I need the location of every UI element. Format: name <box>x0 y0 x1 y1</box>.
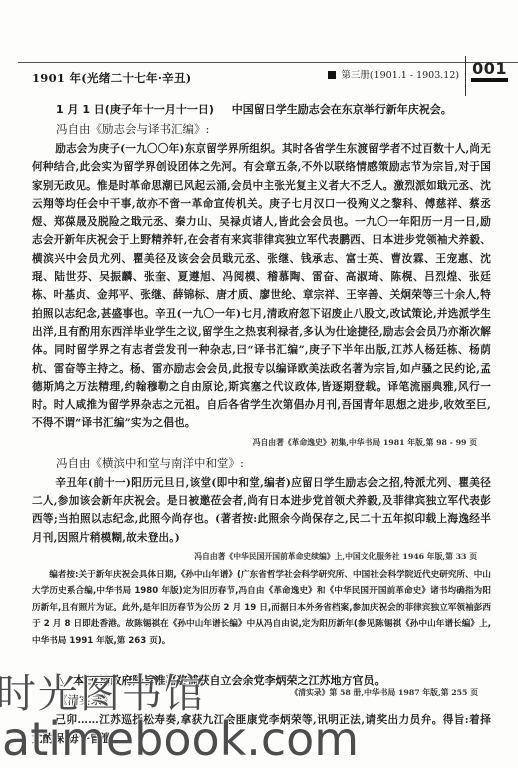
entry-headline: 本日,清政府降旨准嘉奖捕获自立会余党李炳荣之江苏地方官员。 <box>73 674 385 687</box>
spacer <box>32 649 491 671</box>
entry-title: 1 月 1 日(庚子年十一月十一日) 中国留日学生励志会在东京举行新年庆祝会。 <box>56 100 491 119</box>
entry-date: 1 月 1 日(庚子年十一月十一日) <box>56 103 214 116</box>
source-citation: 冯自由著《革命逸史》初集,中华书局 1981 年版,第 98 - 99 页 <box>32 433 491 453</box>
source-quote: 励志会为庚子(一九〇〇年)东京留学界所组织。其时各省学生东渡留学者不过百数十人,… <box>32 140 491 433</box>
source-citation: 《清实录》第 58 册,中华书局 1987 年版,第 255 页 <box>291 687 479 698</box>
source-label: 冯自由《横滨中和堂与南洋中和堂》: <box>56 453 491 474</box>
page-header: 第三册(1901.1 - 1903.12) 001 <box>18 40 518 63</box>
square-bullet-icon <box>328 71 336 79</box>
volume-label: 第三册(1901.1 - 1903.12) <box>341 67 459 81</box>
header-divider <box>465 56 466 96</box>
source-label: 冯自由《励志会与译书汇编》: <box>56 119 491 140</box>
source-quote: 辛丑年(前十一)阳历元旦日,该堂(即中和堂,编者)应留日学生励志会之招,特派尤列… <box>32 474 491 547</box>
source-citation: 冯自由著《中华民国开国前革命史续编》上,中国文化服务社 1946 年版,第 33… <box>32 547 491 567</box>
page-number: 001 <box>471 60 508 82</box>
entry-headline: 中国留日学生励志会在东京举行新年庆祝会。 <box>232 103 452 116</box>
source-quote: 己卯……江苏巡抚松寿奏,拿获九江会匪康党李炳荣等,讯明正法,请奖出力员弁。得旨:… <box>32 711 491 748</box>
running-head: 第三册(1901.1 - 1903.12) 001 <box>328 42 508 82</box>
editor-note: 编者按:关于新年庆祝会具体日期,《孙中山年谱》(广东省哲学社会科学研究所、中国社… <box>32 567 491 650</box>
page-content: 1 月 1 日(庚子年十一月十一日) 中国留日学生励志会在东京举行新年庆祝会。 … <box>32 100 491 748</box>
triangle-marker-icon: △ <box>56 674 64 687</box>
year-heading: 1901 年(光绪二十七年·辛丑) <box>32 70 192 86</box>
